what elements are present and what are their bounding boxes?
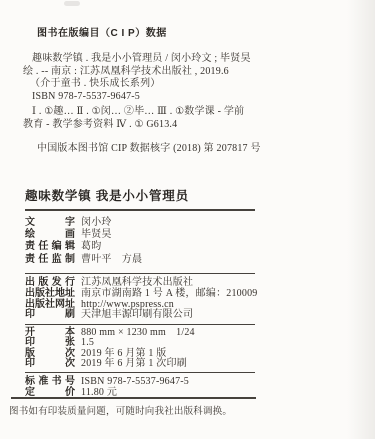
row-value: 天津旭丰源印刷有限公司: [81, 310, 193, 321]
row-value: 南京市湖南路 1 号 A 楼，邮编：210009: [81, 289, 257, 300]
cip-description-line: 趣味数学镇 . 我是小小管理员 / 闵小玲文 ; 毕贤昊: [23, 53, 268, 66]
divider-bottom: [11, 397, 256, 399]
row-label: 出版社地址: [25, 289, 75, 300]
row-label: 文字: [25, 217, 75, 229]
divider-under-title: [25, 209, 255, 211]
cip-description-block: 趣味数学镇 . 我是小小管理员 / 闵小玲文 ; 毕贤昊 绘 . -- 南京 :…: [23, 53, 268, 103]
divider: [25, 273, 255, 274]
row-label: 责任编辑: [25, 241, 75, 253]
info-row: 责任编辑葛昀: [25, 241, 355, 253]
scan-smudge-artifact: [64, 1, 80, 6]
info-row: 印刷天津旭丰源印刷有限公司: [25, 310, 355, 321]
info-row: 印次2019 年 6 月第 1 次印刷: [25, 359, 355, 369]
row-value: 葛昀: [81, 241, 101, 253]
row-value: ISBN 978-7-5537-9647-5: [81, 376, 189, 387]
info-row: 标准书号ISBN 978-7-5537-9647-5: [25, 376, 355, 387]
publisher-section: 出版发行江苏凤凰科学技术出版社出版社地址南京市湖南路 1 号 A 楼，邮编：21…: [25, 278, 355, 321]
isbn-price-section: 标准书号ISBN 978-7-5537-9647-5定价11.80 元: [25, 376, 355, 398]
row-value: 880 mm × 1230 mm 1/24: [81, 328, 195, 338]
classification-line: Ⅰ . ①趣… Ⅱ . ①闵… ②毕… Ⅲ . ①数学课 - 学前: [23, 106, 268, 119]
classification-line: 教育 - 教学参考资料 Ⅳ . ① G613.4: [23, 119, 268, 132]
divider: [25, 324, 255, 325]
cip-page: 图书在版编目（C I P）数据 趣味数学镇 . 我是小小管理员 / 闵小玲文 ;…: [0, 0, 375, 439]
row-value: 毕贤昊: [81, 229, 112, 241]
cip-isbn-line: ISBN 978-7-5537-9647-5: [23, 91, 268, 104]
cip-classification-block: Ⅰ . ①趣… Ⅱ . ①闵… ②毕… Ⅲ . ①数学课 - 学前 教育 - 教…: [23, 106, 268, 131]
book-title: 趣味数学镇 我是小小管理员: [25, 186, 189, 204]
row-label: 印次: [25, 359, 75, 369]
cip-record-number: 中国版本图书馆 CIP 数据核字 (2018) 第 207817 号: [37, 139, 261, 154]
cip-description-line: 绘 . -- 南京 : 江苏凤凰科学技术出版社 , 2019.6: [23, 66, 268, 79]
row-label: 标准书号: [25, 376, 75, 387]
row-label: 责任监制: [25, 254, 75, 266]
info-row: 绘画毕贤昊: [25, 229, 355, 241]
cip-series-line: （介于童书 . 快乐成长系列）: [23, 78, 268, 91]
row-value: 闵小玲: [81, 217, 112, 229]
info-row: 出版社地址南京市湖南路 1 号 A 楼，邮编：210009: [25, 289, 355, 300]
row-label: 绘画: [25, 229, 75, 241]
quality-note: 图书如有印装质量问题，可随时向我社出版科调换。: [9, 403, 232, 417]
info-row: 责任监制曹叶平 方晨: [25, 254, 355, 266]
row-value: 曹叶平 方晨: [81, 254, 142, 266]
info-row: 文字闵小玲: [25, 217, 355, 229]
cip-header: 图书在版编目（C I P）数据: [37, 24, 167, 39]
row-value: 2019 年 6 月第 1 次印刷: [81, 359, 187, 369]
print-spec-section: 开本880 mm × 1230 mm 1/24印张1.5版次2019 年 6 月…: [25, 328, 355, 370]
row-label: 印刷: [25, 310, 75, 321]
staff-section: 文字闵小玲绘画毕贤昊责任编辑葛昀责任监制曹叶平 方晨: [25, 217, 355, 266]
divider: [25, 372, 255, 373]
